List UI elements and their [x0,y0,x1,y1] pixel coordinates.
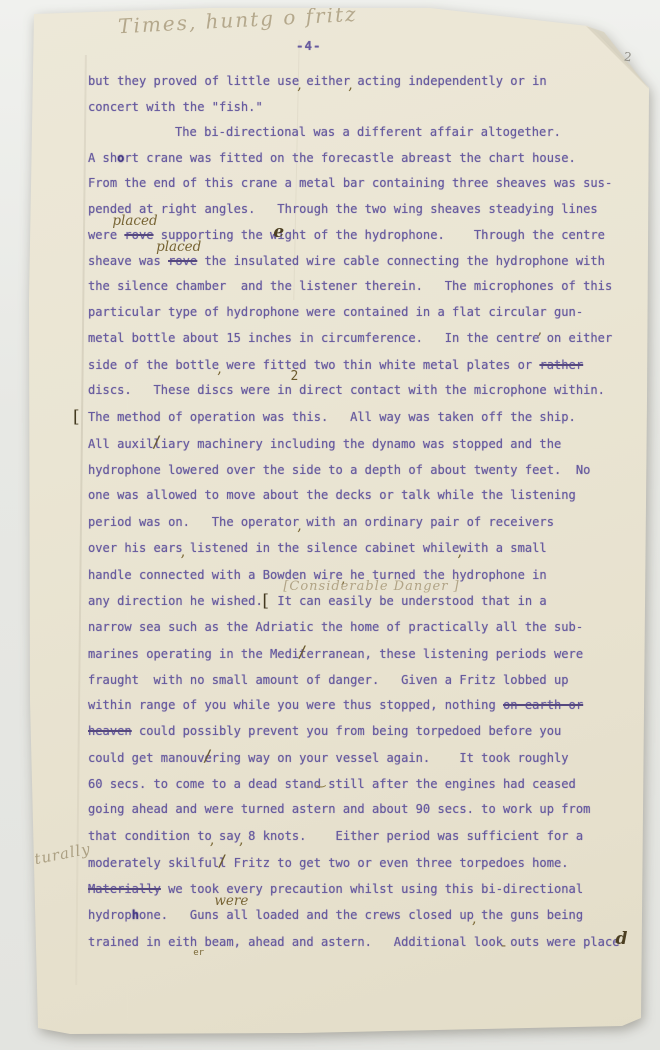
corner-page-number: 2 [623,50,633,65]
typed-text: hydrop [88,908,132,922]
typed-text: say [212,829,241,843]
typed-line: hydrophone lowered over the side to a de… [88,458,648,484]
typed-text: It can easily be understood that in a [277,594,546,608]
typed-text: one. Guns [139,908,226,922]
typed-text: fraught with no small amount of danger. … [88,673,569,687]
strikethrough-text: rove [124,228,153,242]
typed-text: 8 knots. Either period was sufficient fo… [241,829,583,843]
typed-line: A short crane was fitted on the forecast… [88,146,648,172]
typed-line: within range of you while you were thus … [88,693,648,719]
typed-text: listened in the silence cabinet while [183,541,460,555]
typed-text: still after the engines had ceased [321,777,576,791]
typed-text: the guns being [474,908,583,922]
typed-line: that condition to, say, 8 knots. Either … [88,823,648,850]
typed-text: the silence chamber and the listener the… [88,279,612,293]
typed-line: going ahead and were turned astern and a… [88,797,648,823]
typed-text: acting independently or in [350,74,547,88]
pencil-title-annotation: Times, huntg o fritz [118,2,359,39]
typed-text: ring way on your vessel again. It took r… [212,751,569,765]
page-number: -4- [296,38,322,53]
typed-text: two thin white metal plates or [306,358,539,372]
typed-text: beam, ahead and astern. Additional look [197,935,503,949]
typed-text: hydrophone lowered over the side to a de… [88,463,590,477]
typed-line: marines operating in the Medit/erranean,… [88,640,648,668]
typed-text: erranean, these listening periods were [306,647,583,661]
scanned-document-page: { "page": { "page_number": "-4-", "corne… [0,0,660,1050]
typed-line: the silence chamber and the listener the… [88,274,648,300]
typed-line: hydrophone. Guns wereall loaded and the … [88,902,648,929]
typed-text: rt crane was fitted on the forecastle ab… [124,151,575,165]
typed-line: any direction he wished. [[Considerable … [88,588,648,615]
typed-line: 60 secs. to come to a dead stand‿ still … [88,772,648,798]
typed-text: From the end of this crane a metal bar c… [88,176,612,190]
typed-text: either [299,74,350,88]
typed-line: heaven could possibly prevent you from b… [88,719,648,745]
typed-text: discs. These discs were in direct contac… [88,383,605,397]
typed-text: concert with the "fish." [88,100,263,114]
typed-text: with an ordinary pair of receivers [299,515,554,529]
typed-text: with a small [459,541,546,555]
typed-text: narrow sea such as the Adriatic the home… [88,620,583,634]
typed-line: narrow sea such as the Adriatic the home… [88,615,648,641]
typed-line: From the end of this crane a metal bar c… [88,171,648,197]
typed-text: going ahead and were turned astern and a… [88,802,590,816]
typed-text: A sh [88,151,117,165]
typed-text: marines operating in the Medit [88,647,306,661]
typed-line: pended at right angles. Through the two … [88,197,648,223]
paper: Times, huntg o fritz -4- < [Naturally bu… [0,0,660,1050]
typed-line: moderately skilfull/ Fritz to get two or… [88,849,648,877]
typed-text: side of the bottle [88,358,219,372]
typed-text: The method of operation was this. All wa… [88,410,576,424]
typed-text: iary machinery including the dynamo was … [161,437,561,451]
typed-text: could get manouve [88,751,212,765]
margin-caret-annotation: < [15,255,28,272]
typed-line: All auxill/iary machinery including the … [88,430,648,458]
margin-note-text: Naturally [9,840,92,873]
typed-line: but they proved of little use, either, a… [88,68,648,95]
typed-text: that condition to [88,829,212,843]
typed-text-block: but they proved of little use, either, a… [88,68,648,957]
typed-text: could possibly prevent you from being to… [132,724,562,738]
typed-text: Fritz to get two or even three torpedoes… [226,856,568,870]
margin-note-annotation: [Naturally [0,838,93,880]
typed-text: metal bottle about 15 inches in circumfe… [88,331,539,345]
typed-line: metal bottle about 15 inches in circumfe… [88,325,648,352]
typed-line: fraught with no small amount of danger. … [88,668,648,694]
typed-line: The bi-directional was a different affai… [88,120,648,146]
typed-text: on either [539,331,612,345]
strikethrough-text: Materially [88,882,161,896]
typed-text: the insulated wire cable connecting the … [197,254,605,268]
typed-line: period was on. The operator, with an ord… [88,509,648,536]
typed-text: any direction he wished. [88,594,277,608]
typed-line: side of the bottle, were fitted2 two thi… [88,352,648,379]
typed-text: particular type of hydrophone were conta… [88,305,583,319]
typed-text: moderately skilfull [88,856,226,870]
typed-text: The bi-directional was a different affai… [175,125,561,139]
typed-line: sheave was placedrove the insulated wire… [88,249,648,275]
typed-text: all loaded and the crews closed up [226,908,474,922]
overtyped-letter: h [132,908,139,922]
typed-line: concert with the "fish." [88,95,648,121]
typed-text: trained in eith [88,935,197,949]
typed-text: within range of you while you were thus … [88,698,503,712]
strikethrough-text: on earth or [503,698,583,712]
strikethrough-text: heaven [88,724,132,738]
typed-text: 60 secs. to come to a dead stand [88,777,321,791]
typed-text: ight of the hydrophone. Through the cent… [277,228,605,242]
typed-line: could get manouve/ring way on your vesse… [88,744,648,772]
typed-text: period was on. The operator [88,515,299,529]
typed-text: but they proved of little use [88,74,299,88]
typed-line: Materially we took every precaution whil… [88,877,648,903]
typed-line: over his ears, listened in the silence c… [88,535,648,562]
typed-text: one was allowed to move about the decks … [88,488,576,502]
typed-line: discs. These discs were in direct contac… [88,378,648,404]
typed-line: particular type of hydrophone were conta… [88,300,648,326]
typed-line: trained in either beam, ahead and astern… [88,929,648,958]
typed-line: [The method of operation was this. All w… [88,404,648,431]
typed-text: were [88,228,124,242]
typed-text: All auxill [88,437,161,451]
typed-text: outs were place [503,935,620,949]
typed-text: pended at right angles. Through the two … [88,202,598,216]
typed-line: one was allowed to move about the decks … [88,483,648,509]
paper-shadow-wrapper: Times, huntg o fritz -4- < [Naturally bu… [0,0,660,1050]
typed-text: over his ears [88,541,183,555]
strikethrough-text: rove [168,254,197,268]
margin-bracket-mark: [ [0,853,13,879]
strikethrough-text: rather [539,358,583,372]
